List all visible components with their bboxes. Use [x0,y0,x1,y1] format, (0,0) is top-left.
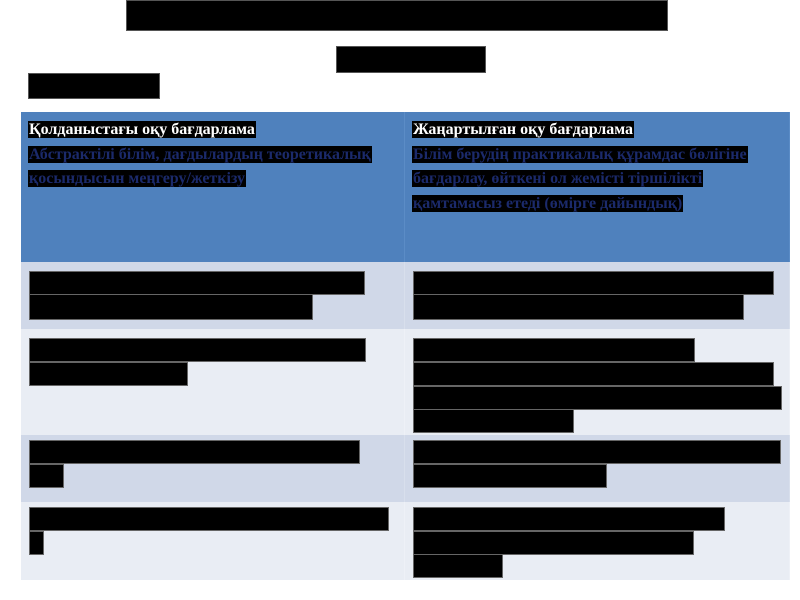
table-row-2-right [405,329,790,435]
redacted-text [413,440,781,464]
header-title-current: Қолданыстағы оқу бағдарлама [28,121,256,138]
redacted-text [413,386,782,410]
redacted-text [29,464,64,488]
redacted-text [29,440,360,464]
redacted-text [413,554,503,578]
header-cell-updated-program: Жаңартылған оқу бағдарлама Білім берудің… [405,112,790,262]
table-row-1-right [405,262,790,329]
redacted-text [29,531,44,555]
table-row-2-left [21,329,405,435]
redacted-slide-title [126,0,668,31]
header-title-updated: Жаңартылған оқу бағдарлама [412,121,634,138]
redacted-text [29,294,313,320]
redacted-text [413,464,607,488]
header-desc-updated: Білім берудің практикалық құрамдас бөліг… [412,146,748,212]
comparison-table: Қолданыстағы оқу бағдарлама Абстрактілі … [21,112,790,580]
redacted-text [413,409,574,433]
redacted-text [413,338,695,362]
redacted-text [29,507,389,531]
slide: Қолданыстағы оқу бағдарлама Абстрактілі … [0,0,800,600]
table-row-3-right [405,435,790,502]
table-row-4-left [21,502,405,580]
redacted-text [413,362,774,386]
table-row-1-left [21,262,405,329]
header-desc-current: Абстрактілі білім, дағдылардың теоретика… [28,146,372,188]
redacted-section-label [28,73,160,99]
header-cell-current-program: Қолданыстағы оқу бағдарлама Абстрактілі … [21,112,405,262]
redacted-text [413,271,774,295]
redacted-slide-subtitle [336,46,486,73]
redacted-text [413,507,725,531]
table-row-3-left [21,435,405,502]
redacted-text [413,531,694,555]
redacted-text [29,338,366,362]
table-row-4-right [405,502,790,580]
redacted-text [413,294,744,320]
redacted-text [29,362,188,386]
redacted-text [29,271,365,295]
